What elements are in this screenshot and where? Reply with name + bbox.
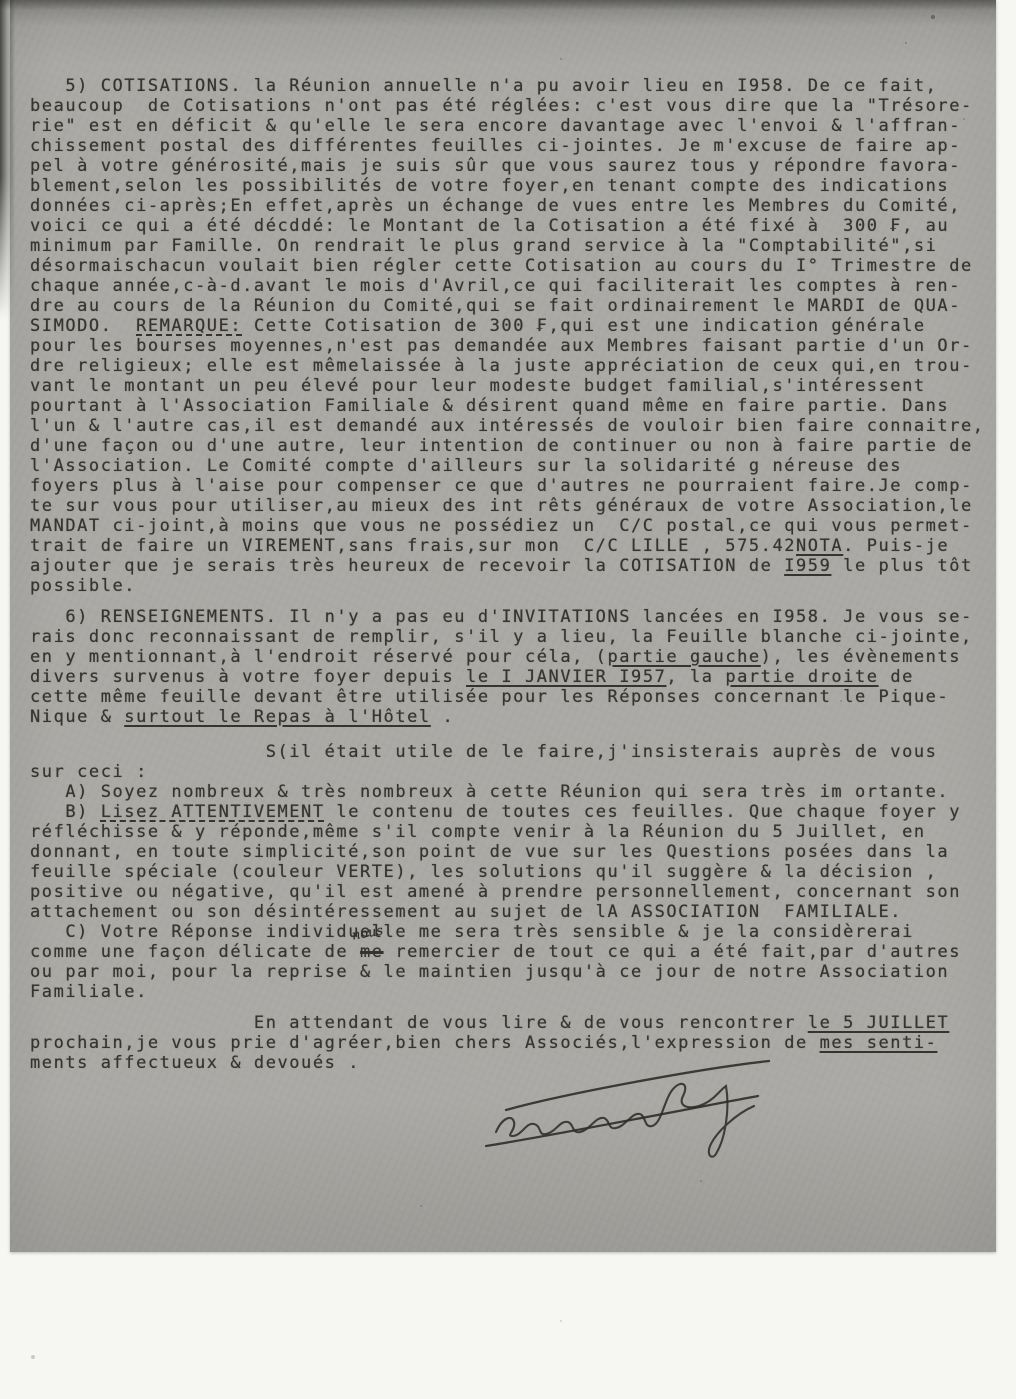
text-line: A) Soyez nombreux & très nombreux à cett… bbox=[30, 782, 961, 802]
text-line: MANDAT ci-joint,à moins que vous ne poss… bbox=[30, 516, 985, 536]
text-line: réfléchisse & y réponde,même s'il compte… bbox=[30, 822, 961, 842]
text-segment: SIMODO. bbox=[30, 316, 136, 336]
text-line: positive ou négative, qu'il est amené à … bbox=[30, 882, 961, 902]
text-segment: possible. bbox=[30, 576, 136, 596]
text-segment: cette même feuille devant être utilisée … bbox=[30, 687, 949, 707]
text-segment: positive ou négative, qu'il est amené à … bbox=[30, 882, 961, 902]
text-line: 5) COTISATIONS. la Réunion annuelle n'a … bbox=[30, 76, 985, 96]
text-segment: rais donc reconnaissant de remplir, s'il… bbox=[30, 627, 973, 647]
text-segment: 6) RENSEIGNEMENTS. Il n'y a pas eu d'INV… bbox=[30, 607, 973, 627]
emphasized-text: partie droite bbox=[725, 667, 878, 687]
text-segment: pel à votre générosité,mais je suis sûr … bbox=[30, 156, 961, 176]
text-segment: l'un & l'autre cas,il est demandé aux in… bbox=[30, 416, 985, 436]
emphasized-text: I959 bbox=[784, 556, 831, 576]
text-line: cette même feuille devant être utilisée … bbox=[30, 687, 973, 707]
text-segment: blement,selon les possibilités de votre … bbox=[30, 176, 949, 196]
paragraph-5-cotisations: 5) COTISATIONS. la Réunion annuelle n'a … bbox=[30, 76, 985, 596]
text-segment: chissement postal des différentes feuill… bbox=[30, 136, 961, 156]
text-line: trait de faire un VIREMENT,sans frais,su… bbox=[30, 536, 985, 556]
text-line: rie" est en déficit & qu'elle le sera en… bbox=[30, 116, 985, 136]
text-segment: pour les bourses moyennes,n'est pas dema… bbox=[30, 336, 973, 356]
text-line: donnant, en toute simplicité,son point d… bbox=[30, 842, 961, 862]
text-segment: A) Soyez nombreux & très nombreux à cett… bbox=[30, 782, 949, 802]
text-segment: MANDAT ci-joint,à moins que vous ne poss… bbox=[30, 516, 973, 536]
emphasized-text: surtout le Repas à l'Hôtel bbox=[124, 707, 430, 727]
text-line: comme une façon délicate de menous remer… bbox=[30, 942, 961, 962]
text-segment: , la bbox=[666, 667, 725, 687]
text-segment: dre religieux; elle est mêmelaissée à la… bbox=[30, 356, 973, 376]
text-line: vant le montant un peu élevé pour leur m… bbox=[30, 376, 985, 396]
text-line: SIMODO. REMARQUE: Cette Cotisation de 30… bbox=[30, 316, 985, 336]
emphasized-text: le 5 JUILLET bbox=[808, 1013, 949, 1033]
signature bbox=[468, 1048, 808, 1168]
text-line: données ci-après;En effet,après un échan… bbox=[30, 196, 985, 216]
emphasized-text: partie gauche bbox=[607, 647, 760, 667]
text-segment: dre au cours de la Réunion du Comité,qui… bbox=[30, 296, 961, 316]
text-line: voici ce qui a été décddé: le Montant de… bbox=[30, 216, 985, 236]
text-segment: rie" est en déficit & qu'elle le sera en… bbox=[30, 116, 961, 136]
text-line: chissement postal des différentes feuill… bbox=[30, 136, 985, 156]
text-segment: pourtant à l'Association Familiale & dés… bbox=[30, 396, 949, 416]
text-line: C) Votre Réponse individuelle me sera tr… bbox=[30, 922, 961, 942]
text-line: dre au cours de la Réunion du Comité,qui… bbox=[30, 296, 985, 316]
text-segment: Cette Cotisation de 300 ₣,qui est une in… bbox=[242, 316, 926, 336]
text-line: l'un & l'autre cas,il est demandé aux in… bbox=[30, 416, 985, 436]
emphasized-text: NOTA bbox=[796, 536, 843, 556]
text-line: d'une façon ou d'une autre, leur intenti… bbox=[30, 436, 985, 456]
text-line: minimum par Famille. On rendrait le plus… bbox=[30, 236, 985, 256]
text-line: rais donc reconnaissant de remplir, s'il… bbox=[30, 627, 973, 647]
emphasized-text: mes senti- bbox=[820, 1033, 938, 1053]
paragraph-recommandations: S(il était utile de le faire,j'insistera… bbox=[30, 742, 961, 1002]
text-line: pour les bourses moyennes,n'est pas dema… bbox=[30, 336, 985, 356]
text-segment: ou par moi, pour la reprise & le maintie… bbox=[30, 962, 949, 982]
text-segment: beaucoup de Cotisations n'ont pas été ré… bbox=[30, 96, 973, 116]
text-segment: te sur vous pour utiliser,au mieux des i… bbox=[30, 496, 973, 516]
text-segment: Familiale. bbox=[30, 982, 148, 1002]
text-segment: Nique & bbox=[30, 707, 124, 727]
emphasized-text: Lisez ATTENTIVEMENT bbox=[101, 802, 325, 822]
text-segment: données ci-après;En effet,après un échan… bbox=[30, 196, 961, 216]
text-segment: sur ceci : bbox=[30, 762, 148, 782]
text-line: S(il était utile de le faire,j'insistera… bbox=[30, 742, 961, 762]
text-segment: vant le montant un peu élevé pour leur m… bbox=[30, 376, 926, 396]
emphasized-text: le I JANVIER I957 bbox=[466, 667, 666, 687]
text-line: ajouter que je serais très heureux de re… bbox=[30, 556, 985, 576]
emphasized-text: REMARQUE: bbox=[136, 316, 242, 336]
text-segment: C) Votre Réponse individuelle me sera tr… bbox=[30, 922, 914, 942]
text-segment: donnant, en toute simplicité,son point d… bbox=[30, 842, 949, 862]
text-line: feuille spéciale (couleur VERTE), les so… bbox=[30, 862, 961, 882]
text-line: beaucoup de Cotisations n'ont pas été ré… bbox=[30, 96, 985, 116]
text-segment: comme une façon délicate de bbox=[30, 942, 360, 962]
text-line: dre religieux; elle est mêmelaissée à la… bbox=[30, 356, 985, 376]
text-line: Familiale. bbox=[30, 982, 961, 1002]
text-line: chaque année,c-à-d.avant le mois d'Avril… bbox=[30, 276, 985, 296]
text-segment: foyers plus à l'aise pour compenser ce q… bbox=[30, 476, 973, 496]
text-line: possible. bbox=[30, 576, 985, 596]
text-segment: en y mentionnant,à l'endroit réservé pou… bbox=[30, 647, 607, 667]
text-segment: de bbox=[879, 667, 914, 687]
text-line: sur ceci : bbox=[30, 762, 961, 782]
scanned-page: 5) COTISATIONS. la Réunion annuelle n'a … bbox=[0, 0, 1016, 1399]
text-segment: . Puis-je bbox=[843, 536, 949, 556]
text-line: pourtant à l'Association Familiale & dés… bbox=[30, 396, 985, 416]
paper-specks bbox=[0, 0, 2, 2]
text-line: attachement ou son désintéressement au s… bbox=[30, 902, 961, 922]
text-line: En attendant de vous lire & de vous renc… bbox=[30, 1013, 949, 1033]
text-segment: désormaischacun voulait bien régler cett… bbox=[30, 256, 973, 276]
text-line: en y mentionnant,à l'endroit réservé pou… bbox=[30, 647, 973, 667]
text-segment: attachement ou son désintéressement au s… bbox=[30, 902, 902, 922]
text-line: Nique & surtout le Repas à l'Hôtel . bbox=[30, 707, 973, 727]
text-segment: B) bbox=[30, 802, 101, 822]
text-segment: S(il était utile de le faire,j'insistera… bbox=[30, 742, 937, 762]
text-segment: le plus tôt bbox=[831, 556, 972, 576]
text-segment: le contenu de toutes ces feuilles. Que c… bbox=[325, 802, 961, 822]
text-segment: voici ce qui a été décddé: le Montant de… bbox=[30, 216, 949, 236]
text-line: pel à votre générosité,mais je suis sûr … bbox=[30, 156, 985, 176]
text-line: te sur vous pour utiliser,au mieux des i… bbox=[30, 496, 985, 516]
text-line: blement,selon les possibilités de votre … bbox=[30, 176, 985, 196]
scan-edge-shadow-left bbox=[0, 0, 18, 320]
paragraph-6-renseignements: 6) RENSEIGNEMENTS. Il n'y a pas eu d'INV… bbox=[30, 607, 973, 727]
text-segment: minimum par Famille. On rendrait le plus… bbox=[30, 236, 937, 256]
text-segment: ), les évènements bbox=[761, 647, 961, 667]
text-segment: d'une façon ou d'une autre, leur intenti… bbox=[30, 436, 973, 456]
text-segment: divers survenus à votre foyer depuis bbox=[30, 667, 466, 687]
text-segment: ments affectueux & devoués . bbox=[30, 1053, 360, 1073]
text-segment: feuille spéciale (couleur VERTE), les so… bbox=[30, 862, 937, 882]
text-line: foyers plus à l'aise pour compenser ce q… bbox=[30, 476, 985, 496]
scan-edge-shadow-top bbox=[0, 0, 996, 10]
text-line: ou par moi, pour la reprise & le maintie… bbox=[30, 962, 961, 982]
text-line: B) Lisez ATTENTIVEMENT le contenu de tou… bbox=[30, 802, 961, 822]
text-segment: En attendant de vous lire & de vous renc… bbox=[30, 1013, 808, 1033]
text-line: 6) RENSEIGNEMENTS. Il n'y a pas eu d'INV… bbox=[30, 607, 973, 627]
emphasized-text: menous bbox=[360, 942, 384, 962]
text-segment: . bbox=[431, 707, 455, 727]
text-segment: trait de faire un VIREMENT,sans frais,su… bbox=[30, 536, 796, 556]
text-segment: chaque année,c-à-d.avant le mois d'Avril… bbox=[30, 276, 961, 296]
text-line: l'Association. Le Comité compte d'ailleu… bbox=[30, 456, 985, 476]
text-line: désormaischacun voulait bien régler cett… bbox=[30, 256, 985, 276]
text-segment: l'Association. Le Comité compte d'ailleu… bbox=[30, 456, 902, 476]
text-segment: 5) COTISATIONS. la Réunion annuelle n'a … bbox=[30, 76, 937, 96]
text-segment: réfléchisse & y réponde,même s'il compte… bbox=[30, 822, 926, 842]
text-line: divers survenus à votre foyer depuis le … bbox=[30, 667, 973, 687]
text-segment: ajouter que je serais très heureux de re… bbox=[30, 556, 784, 576]
text-segment: remercier de tout ce qui a été fait,par … bbox=[384, 942, 961, 962]
